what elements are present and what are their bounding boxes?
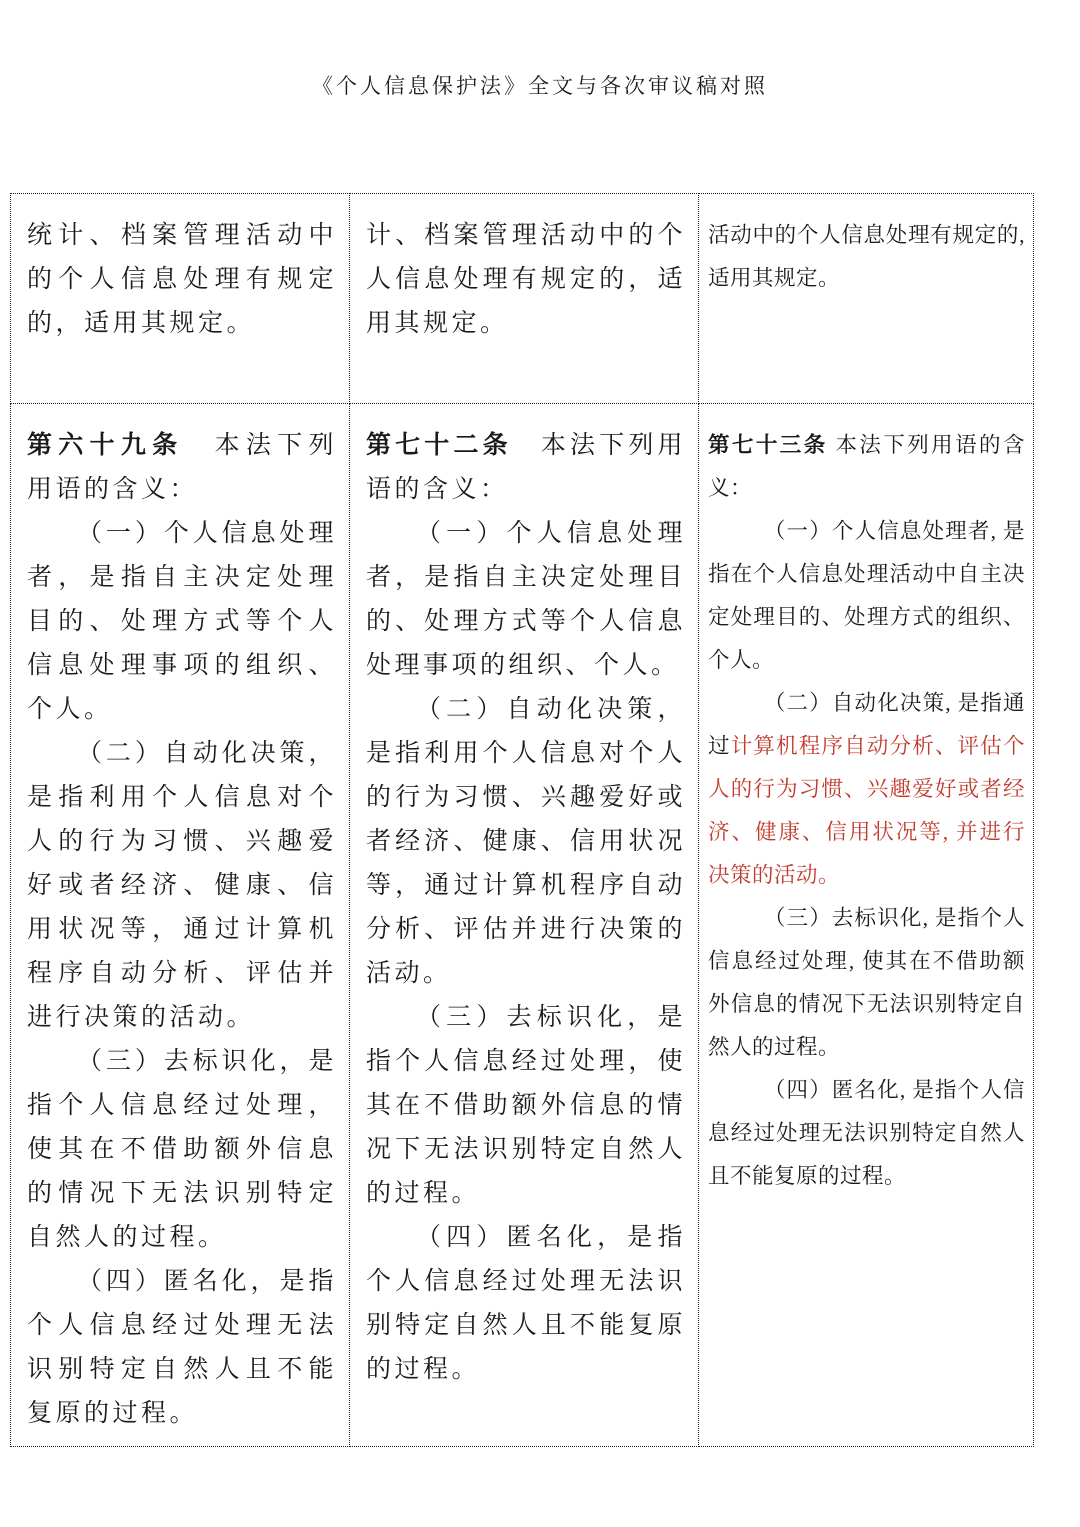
- text-segment: 第七十二条: [366, 432, 512, 459]
- paragraph: （三）去标识化，是指个人信息经过处理，使其在不借助额外信息的情况下无法识别特定自…: [366, 996, 686, 1216]
- text-segment: （三）去标识化, 是指个人信息经过处理, 使其在不借助额外信息的情况下无法识别特…: [708, 906, 1025, 1059]
- text-segment: （一）个人信息处理者，是指自主决定处理目的、处理方式等个人信息处理事项的组织、个…: [366, 520, 686, 679]
- table-cell-draft-1: 第六十九条 本法下列用语的含义：（一）个人信息处理者，是指自主决定处理目的、处理…: [11, 404, 350, 1447]
- paragraph: （二）自动化决策，是指利用个人信息对个人的行为习惯、兴趣爱好或者经济、健康、信用…: [366, 688, 686, 996]
- text-segment: 第六十九条: [27, 432, 183, 459]
- table-cell-draft-1: 统计、档案管理活动中的个人信息处理有规定的，适用其规定。: [11, 194, 350, 404]
- text-segment: （四）匿名化，是指个人信息经过处理无法识别特定自然人且不能复原的过程。: [366, 1224, 686, 1383]
- paragraph: （二）自动化决策，是指利用个人信息对个人的行为习惯、兴趣爱好或者经济、健康、信用…: [27, 732, 337, 1040]
- revised-text-segment: 计算机程序自动分析、评估个人的行为习惯、兴趣爱好或者经济、健康、信用状况等, 并…: [708, 734, 1025, 887]
- paragraph: 计、档案管理活动中的个人信息处理有规定的，适用其规定。: [366, 214, 686, 346]
- row-definitions: 第六十九条 本法下列用语的含义：（一）个人信息处理者，是指自主决定处理目的、处理…: [11, 404, 1034, 1447]
- text-segment: （二）自动化决策，是指利用个人信息对个人的行为习惯、兴趣爱好或者经济、健康、信用…: [27, 740, 337, 1031]
- text-segment: （三）去标识化，是指个人信息经过处理，使其在不借助额外信息的情况下无法识别特定自…: [366, 1004, 686, 1207]
- paragraph: 第六十九条 本法下列用语的含义：: [27, 424, 337, 512]
- text-segment: （二）自动化决策，是指利用个人信息对个人的行为习惯、兴趣爱好或者经济、健康、信用…: [366, 696, 686, 987]
- table-cell-final-text: 活动中的个人信息处理有规定的, 适用其规定。: [699, 194, 1034, 404]
- row-continuation: 统计、档案管理活动中的个人信息处理有规定的，适用其规定。计、档案管理活动中的个人…: [11, 194, 1034, 404]
- comparison-table-body: 统计、档案管理活动中的个人信息处理有规定的，适用其规定。计、档案管理活动中的个人…: [11, 194, 1034, 1447]
- paragraph: （四）匿名化，是指个人信息经过处理无法识别特定自然人且不能复原的过程。: [366, 1216, 686, 1392]
- text-segment: 计、档案管理活动中的个人信息处理有规定的，适用其规定。: [366, 222, 686, 337]
- paragraph: （一）个人信息处理者，是指自主决定处理目的、处理方式等个人信息处理事项的组织、个…: [27, 512, 337, 732]
- text-segment: 第七十三条: [708, 433, 828, 457]
- text-segment: 统计、档案管理活动中的个人信息处理有规定的，适用其规定。: [27, 222, 337, 337]
- paragraph: 活动中的个人信息处理有规定的, 适用其规定。: [708, 214, 1025, 300]
- paragraph: （一）个人信息处理者, 是指在个人信息处理活动中自主决定处理目的、处理方式的组织…: [708, 510, 1025, 682]
- paragraph: （二）自动化决策, 是指通过计算机程序自动分析、评估个人的行为习惯、兴趣爱好或者…: [708, 682, 1025, 897]
- comparison-table: 统计、档案管理活动中的个人信息处理有规定的，适用其规定。计、档案管理活动中的个人…: [10, 193, 1034, 1447]
- table-cell-draft-2: 计、档案管理活动中的个人信息处理有规定的，适用其规定。: [350, 194, 699, 404]
- paragraph: （一）个人信息处理者，是指自主决定处理目的、处理方式等个人信息处理事项的组织、个…: [366, 512, 686, 688]
- paragraph: （四）匿名化, 是指个人信息经过处理无法识别特定自然人且不能复原的过程。: [708, 1069, 1025, 1198]
- paragraph: 第七十二条 本法下列用语的含义：: [366, 424, 686, 512]
- text-segment: （一）个人信息处理者, 是指在个人信息处理活动中自主决定处理目的、处理方式的组织…: [708, 519, 1025, 672]
- text-segment: （一）个人信息处理者，是指自主决定处理目的、处理方式等个人信息处理事项的组织、个…: [27, 520, 337, 723]
- paragraph: （三）去标识化，是指个人信息经过处理，使其在不借助额外信息的情况下无法识别特定自…: [27, 1040, 337, 1260]
- text-segment: （四）匿名化, 是指个人信息经过处理无法识别特定自然人且不能复原的过程。: [708, 1078, 1025, 1188]
- table-cell-draft-2: 第七十二条 本法下列用语的含义：（一）个人信息处理者，是指自主决定处理目的、处理…: [350, 404, 699, 1447]
- paragraph: 统计、档案管理活动中的个人信息处理有规定的，适用其规定。: [27, 214, 337, 346]
- paragraph: 第七十三条 本法下列用语的含义：: [708, 424, 1025, 510]
- text-segment: （四）匿名化，是指个人信息经过处理无法识别特定自然人且不能复原的过程。: [27, 1268, 337, 1427]
- table-cell-final-text: 第七十三条 本法下列用语的含义：（一）个人信息处理者, 是指在个人信息处理活动中…: [699, 404, 1034, 1447]
- paragraph: （四）匿名化，是指个人信息经过处理无法识别特定自然人且不能复原的过程。: [27, 1260, 337, 1436]
- text-segment: （三）去标识化，是指个人信息经过处理，使其在不借助额外信息的情况下无法识别特定自…: [27, 1048, 337, 1251]
- page-title: 《个人信息保护法》全文与各次审议稿对照: [0, 70, 1080, 100]
- paragraph: （三）去标识化, 是指个人信息经过处理, 使其在不借助额外信息的情况下无法识别特…: [708, 897, 1025, 1069]
- text-segment: 活动中的个人信息处理有规定的, 适用其规定。: [708, 223, 1025, 290]
